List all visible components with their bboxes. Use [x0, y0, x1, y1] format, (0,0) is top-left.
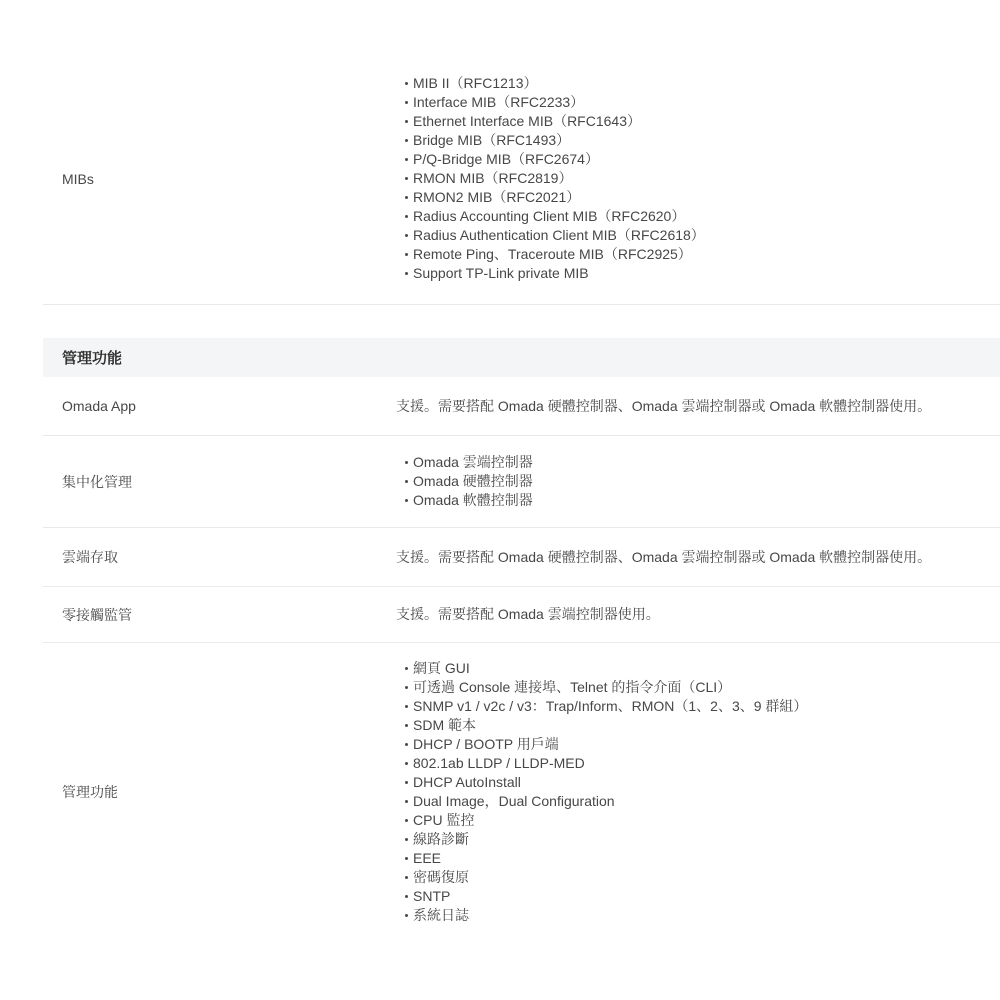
bullet-item: 密碼復原	[396, 868, 807, 887]
bullet-item: Radius Authentication Client MIB（RFC2618…	[396, 226, 705, 245]
bullet-item: Bridge MIB（RFC1493）	[396, 131, 705, 150]
bullet-item: Remote Ping、Traceroute MIB（RFC2925）	[396, 245, 705, 264]
row-value: 支援。需要搭配 Omada 硬體控制器、Omada 雲端控制器或 Omada 軟…	[396, 377, 1000, 435]
bullet-item: EEE	[396, 849, 807, 868]
row-label: 管理功能	[43, 659, 396, 925]
bullet-item: Dual Image，Dual Configuration	[396, 792, 807, 811]
section-title: 管理功能	[62, 347, 122, 368]
row-label: 雲端存取	[43, 528, 396, 586]
row-label: Omada App	[43, 377, 396, 435]
spec-row-omada-app: Omada App 支援。需要搭配 Omada 硬體控制器、Omada 雲端控制…	[43, 377, 1000, 436]
bullet-item: 可透過 Console 連接埠、Telnet 的指令介面（CLI）	[396, 678, 807, 697]
row-value: 支援。需要搭配 Omada 硬體控制器、Omada 雲端控制器或 Omada 軟…	[396, 528, 1000, 586]
row-value-text: 支援。需要搭配 Omada 硬體控制器、Omada 雲端控制器或 Omada 軟…	[396, 548, 931, 567]
bullet-item: DHCP / BOOTP 用戶端	[396, 735, 807, 754]
bullet-item: Omada 軟體控制器	[396, 491, 533, 510]
bullet-item: RMON MIB（RFC2819）	[396, 169, 705, 188]
bullet-list: Omada 雲端控制器 Omada 硬體控制器 Omada 軟體控制器	[396, 453, 533, 510]
section-header: 管理功能	[43, 338, 1000, 377]
row-value-text: 支援。需要搭配 Omada 硬體控制器、Omada 雲端控制器或 Omada 軟…	[396, 397, 931, 416]
bullet-item: CPU 監控	[396, 811, 807, 830]
bullet-item: Support TP-Link private MIB	[396, 264, 705, 283]
row-label: 集中化管理	[43, 453, 396, 510]
row-label: MIBs	[43, 74, 396, 283]
spec-row-zero-touch-provisioning: 零接觸監管 支援。需要搭配 Omada 雲端控制器使用。	[43, 587, 1000, 643]
bullet-item: P/Q-Bridge MIB（RFC2674）	[396, 150, 705, 169]
bullet-item: 網頁 GUI	[396, 659, 807, 678]
bullet-item: 系統日誌	[396, 906, 807, 925]
row-value: 網頁 GUI 可透過 Console 連接埠、Telnet 的指令介面（CLI）…	[396, 659, 1000, 925]
row-value-text: 支援。需要搭配 Omada 雲端控制器使用。	[396, 605, 660, 624]
row-value: Omada 雲端控制器 Omada 硬體控制器 Omada 軟體控制器	[396, 453, 1000, 510]
bullet-item: Radius Accounting Client MIB（RFC2620）	[396, 207, 705, 226]
bullet-item: Interface MIB（RFC2233）	[396, 93, 705, 112]
spec-row-cloud-access: 雲端存取 支援。需要搭配 Omada 硬體控制器、Omada 雲端控制器或 Om…	[43, 528, 1000, 587]
bullet-item: Omada 雲端控制器	[396, 453, 533, 472]
row-value: MIB II（RFC1213） Interface MIB（RFC2233） E…	[396, 74, 1000, 283]
bullet-item: MIB II（RFC1213）	[396, 74, 705, 93]
bullet-item: 線路診斷	[396, 830, 807, 849]
bullet-item: Ethernet Interface MIB（RFC1643）	[396, 112, 705, 131]
bullet-item: 802.1ab LLDP / LLDP-MED	[396, 754, 807, 773]
row-label: 零接觸監管	[43, 587, 396, 642]
spec-row-centralized-management: 集中化管理 Omada 雲端控制器 Omada 硬體控制器 Omada 軟體控制…	[43, 436, 1000, 528]
bullet-item: Omada 硬體控制器	[396, 472, 533, 491]
bullet-item: DHCP AutoInstall	[396, 773, 807, 792]
spec-row-mibs: MIBs MIB II（RFC1213） Interface MIB（RFC22…	[43, 0, 1000, 305]
bullet-item: RMON2 MIB（RFC2021）	[396, 188, 705, 207]
bullet-item: SNTP	[396, 887, 807, 906]
row-value: 支援。需要搭配 Omada 雲端控制器使用。	[396, 587, 1000, 642]
spec-table: MIBs MIB II（RFC1213） Interface MIB（RFC22…	[43, 0, 1000, 943]
bullet-item: SDM 範本	[396, 716, 807, 735]
bullet-list: MIB II（RFC1213） Interface MIB（RFC2233） E…	[396, 74, 705, 283]
bullet-list: 網頁 GUI 可透過 Console 連接埠、Telnet 的指令介面（CLI）…	[396, 659, 807, 925]
bullet-item: SNMP v1 / v2c / v3：Trap/Inform、RMON（1、2、…	[396, 697, 807, 716]
spec-row-management-features: 管理功能 網頁 GUI 可透過 Console 連接埠、Telnet 的指令介面…	[43, 643, 1000, 943]
